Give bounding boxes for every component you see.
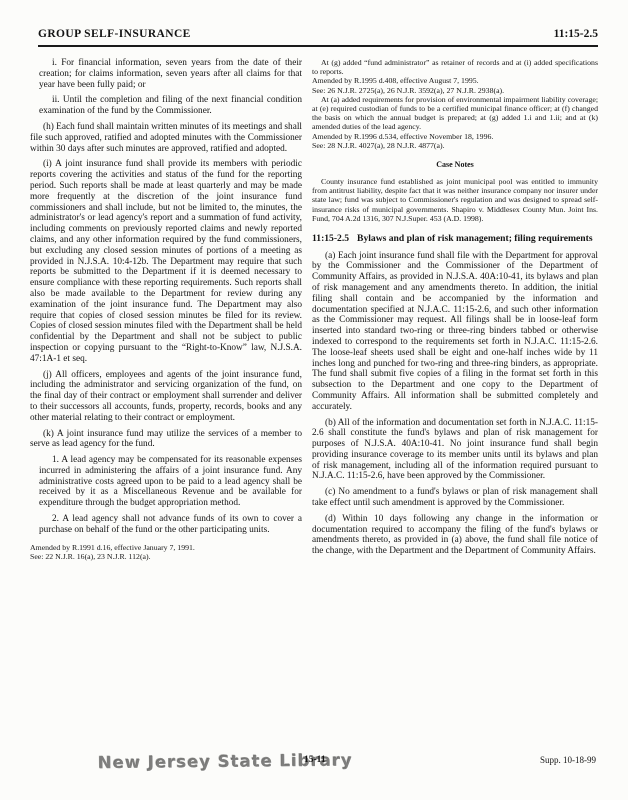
paragraph-b: (b) All of the information and documenta… [312,418,598,483]
running-head-title: GROUP SELF-INSURANCE [38,28,191,40]
section-number: 11:15-2.5 [312,233,357,244]
history-note: Amended by R.1996 d.534, effective Novem… [312,132,598,141]
page-footer: New Jersey State Library 15-11 Supp. 10-… [0,752,628,778]
left-column: i. For financial information, seven year… [30,58,302,562]
header-rule [38,45,598,47]
right-column: At (g) added “fund administrator” as ret… [312,58,598,562]
section-title: Bylaws and plan of risk management; fili… [357,233,593,244]
history-note: See: 28 N.J.R. 4027(a), 28 N.J.R. 4877(a… [312,141,598,150]
clause-i: i. For financial information, seven year… [39,58,302,90]
case-notes-heading: Case Notes [312,160,598,169]
paragraph-d: (d) Within 10 days following any change … [312,514,598,557]
history-note: Amended by R.1995 d.408, effective Augus… [312,76,598,85]
running-head-section: 11:15-2.5 [554,28,598,40]
history-note: See: 26 N.J.R. 2725(a), 26 N.J.R. 3592(a… [312,86,598,95]
page-number: 15-11 [304,755,326,765]
subclause-2: 2. A lead agency shall not advance funds… [39,514,302,536]
paragraph-c: (c) No amendment to a fund's bylaws or p… [312,487,598,509]
left-amendment-notes: Amended by R.1991 d.16, effective Januar… [30,543,302,561]
history-note: At (g) added “fund administrator” as ret… [312,58,598,76]
page-content: i. For financial information, seven year… [30,58,598,562]
page-header: GROUP SELF-INSURANCE 11:15-2.5 [38,28,598,40]
amendment-note: Amended by R.1991 d.16, effective Januar… [30,543,302,552]
history-note: At (a) added requirements for provision … [312,95,598,132]
paragraph-a: (a) Each joint insurance fund shall file… [312,251,598,413]
paragraph-k: (k) A joint insurance fund may utilize t… [30,429,302,451]
see-note: See: 22 N.J.R. 16(a), 23 N.J.R. 112(a). [30,552,302,561]
paragraph-h: (h) Each fund shall maintain written min… [30,122,302,154]
supplement-date: Supp. 10-18-99 [540,755,596,765]
case-note: County insurance fund established as joi… [312,177,598,223]
paragraph-j: (j) All officers, employees and agents o… [30,370,302,424]
paragraph-i: (i) A joint insurance fund shall provide… [30,159,302,364]
document-page: GROUP SELF-INSURANCE 11:15-2.5 i. For fi… [0,0,628,800]
section-heading: 11:15-2.5Bylaws and plan of risk managem… [312,233,598,245]
clause-ii: ii. Until the completion and filing of t… [39,95,302,117]
subclause-1: 1. A lead agency may be compensated for … [39,455,302,509]
